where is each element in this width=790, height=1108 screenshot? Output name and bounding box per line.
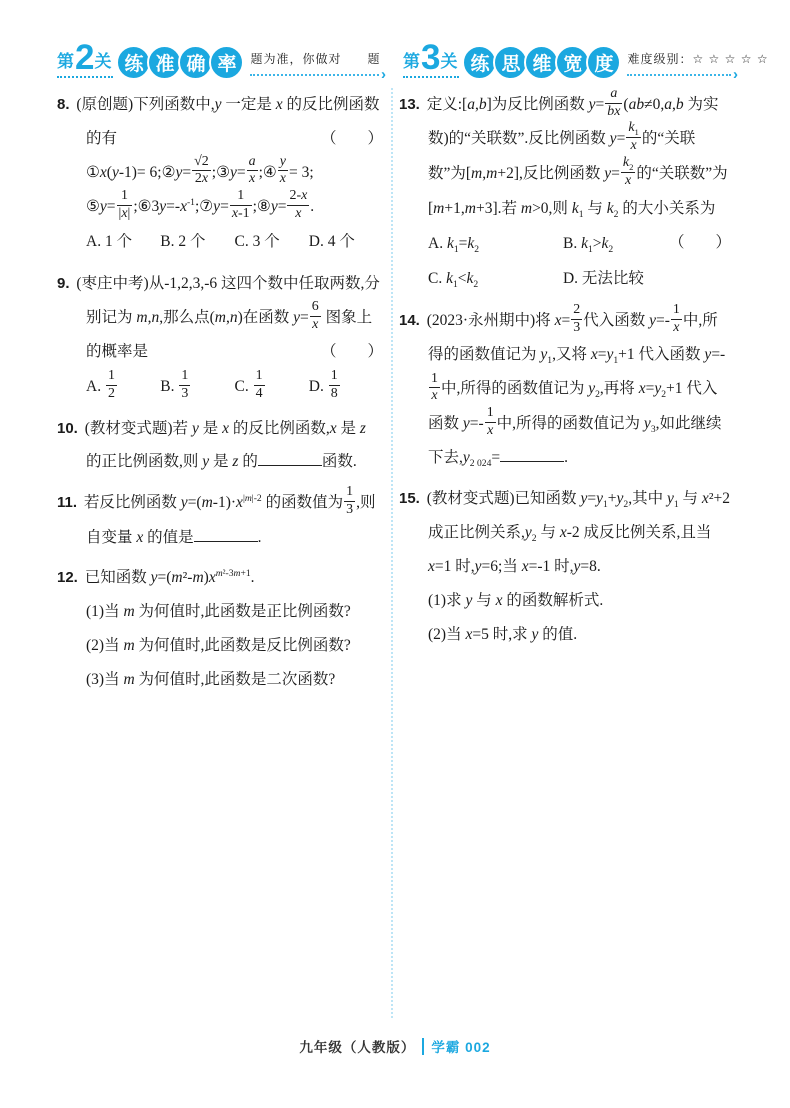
i-inline: y	[574, 558, 581, 575]
i-inline: y	[463, 415, 470, 432]
i-inline: x	[555, 312, 562, 329]
header-side: 题为准，你做对 题 ›	[250, 44, 385, 76]
badge-circle: 维	[524, 45, 559, 80]
i-inline: z	[360, 420, 366, 437]
option-D: D. 18	[309, 369, 383, 405]
fraction-denominator: x	[247, 170, 258, 187]
brand-page-number: 学霸 002	[431, 1036, 490, 1056]
i-inline: y	[230, 164, 237, 181]
problem-number: 8.	[57, 96, 70, 113]
i-inline: y	[596, 490, 603, 507]
footer-divider	[422, 1038, 424, 1055]
i-inline: y	[181, 494, 188, 511]
i-inline: m	[471, 165, 482, 182]
header-title-circles: 练思维宽度	[466, 45, 621, 80]
round-prefix: 第	[57, 51, 74, 72]
sub-inline: 1	[579, 209, 584, 220]
i-inline: y	[531, 626, 538, 643]
i-inline: y	[704, 346, 711, 363]
fraction: yx	[278, 154, 288, 188]
round-3-badge: 第 3 关	[403, 44, 459, 78]
i-inline: x	[236, 494, 243, 511]
option-C: C. 14	[235, 369, 309, 405]
i-inline: x	[232, 206, 238, 221]
fraction: 1x	[485, 405, 496, 439]
i-inline: m	[215, 309, 226, 326]
fraction-denominator: x	[287, 205, 309, 222]
i-inline: m	[123, 671, 134, 688]
round-suffix: 关	[440, 51, 457, 72]
header-slogan-text: 题为准，你做对 题	[250, 50, 385, 67]
fraction-numerator: a	[605, 86, 622, 102]
i-inline: a	[664, 96, 672, 113]
column-divider	[391, 88, 393, 1018]
sub-inline: 1	[454, 244, 459, 255]
i-inline: m	[171, 569, 182, 586]
i-inline: a	[249, 154, 256, 169]
option-C: C. k1<k2	[428, 261, 563, 297]
fraction-denominator: x	[278, 170, 288, 187]
fraction-denominator: 3	[344, 501, 355, 518]
answer-options: A. 12B. 13C. 14D. 18	[86, 369, 383, 405]
i-inline: y	[159, 198, 166, 215]
problem-number: 10.	[57, 420, 78, 437]
i-inline: k	[572, 200, 579, 217]
badge-circle: 思	[493, 45, 528, 80]
arrow-icon: ›	[733, 66, 738, 83]
difficulty-rating-text: 难度级别：☆ ☆ ☆ ☆ ☆	[627, 50, 737, 67]
i-inline: k	[447, 235, 454, 252]
fraction-denominator: x	[621, 172, 636, 189]
fraction: 1x	[429, 371, 440, 405]
i-inline: y	[100, 198, 107, 215]
i-inline: y	[293, 309, 300, 326]
i-inline: x	[121, 206, 127, 221]
sub-inline: 1	[603, 499, 608, 510]
badge-circle: 准	[147, 45, 182, 80]
round-2-badge: 第 2 关	[57, 44, 113, 78]
option-D: D. 4 个	[309, 224, 383, 260]
option-A: A. 1 个	[86, 224, 160, 260]
sub-inline: 2	[608, 244, 613, 255]
sub-inline: 2	[473, 279, 478, 290]
fraction-denominator: |x|	[117, 205, 133, 222]
fraction-denominator: x	[485, 422, 496, 439]
i-inline: m	[465, 200, 476, 217]
fraction: √22x	[192, 154, 211, 188]
sub-inline: 3	[651, 424, 656, 435]
i-inline: y	[667, 490, 674, 507]
i-inline: k	[581, 235, 588, 252]
header-round-3: 第 3 关 练思维宽度 难度级别：☆ ☆ ☆ ☆ ☆ ›	[403, 44, 737, 80]
option-A: A. 12	[86, 369, 160, 405]
i-inline: n	[230, 309, 238, 326]
fraction: 18	[329, 368, 340, 402]
problem-number: 11.	[57, 494, 77, 511]
fraction-denominator: 2x	[192, 170, 211, 187]
fraction: k1x	[626, 120, 641, 154]
fraction-denominator: 8	[329, 385, 340, 402]
header-title-circles: 练准确率	[120, 45, 244, 80]
i-inline: x	[276, 96, 283, 113]
i-inline: y	[213, 198, 220, 215]
fraction-denominator: 3	[179, 385, 190, 402]
i-inline: x	[591, 346, 598, 363]
problem-10: 10. (教材变式题)若 y 是 x 的反比例函数,x 是 z 的正比例函数,则…	[57, 412, 383, 480]
fraction-numerator: a	[247, 154, 258, 170]
i-inline: z	[232, 453, 238, 470]
content-columns: 8. (原创题)下列函数中,y 一定是 x 的反比例函数的有（ ）①x(y-1)…	[57, 88, 790, 1018]
option-B: B. 13	[160, 369, 234, 405]
i-inline: y	[644, 415, 651, 432]
answer-options: A. k1=k2B. k1>k2C. k1<k2D. 无法比较	[428, 226, 698, 297]
problem-number: 13.	[399, 96, 420, 113]
right-column: 13. 定义:[a,b]为反比例函数 y=abx(ab≠0,a,b 为实数)的“…	[399, 88, 731, 1018]
i-inline: x	[249, 171, 255, 186]
i-inline: m	[202, 494, 213, 511]
blank-underline	[194, 526, 258, 542]
fraction-numerator: 1	[485, 405, 496, 421]
i-inline: b	[479, 96, 487, 113]
badge-circle: 宽	[555, 45, 590, 80]
sub-inline: 1	[635, 127, 639, 137]
answer-parentheses: （ ）	[698, 226, 731, 260]
fraction-numerator: 1	[329, 368, 340, 384]
fraction-numerator: 1	[344, 484, 355, 500]
fraction-numerator: k1	[626, 120, 641, 137]
i-inline: m	[433, 200, 444, 217]
fraction-numerator: 1	[230, 188, 252, 204]
option-D: D. 无法比较	[563, 261, 698, 297]
problem-14: 14. (2023·永州期中)将 x=23代入函数 y=-1x中,所得的函数值记…	[399, 304, 731, 475]
i-inline: m	[123, 637, 134, 654]
i-inline: y	[525, 524, 532, 541]
i-inline: x	[330, 420, 337, 437]
sub-inline: 2	[629, 162, 633, 172]
fraction-numerator: 1	[254, 368, 265, 384]
header-round-2: 第 2 关 练准确率 题为准，你做对 题 ›	[57, 44, 385, 80]
fraction-numerator: y	[278, 154, 288, 170]
sub-inline: 2	[623, 499, 628, 510]
badge-circle: 练	[116, 45, 151, 80]
i-inline: x	[431, 388, 437, 403]
fraction: abx	[605, 86, 622, 120]
sub-inline: 2	[474, 244, 479, 255]
i-inline: y	[580, 490, 587, 507]
problem-11: 11. 若反比例函数 y=(m-1)·x|m|-2 的函数值为13,则自变量 x…	[57, 486, 383, 554]
i-inline: m	[245, 493, 252, 504]
i-inline: y	[112, 164, 119, 181]
i-inline: x	[522, 558, 529, 575]
problem-number: 12.	[57, 569, 78, 586]
i-inline: x	[295, 206, 301, 221]
i-inline: y	[610, 130, 617, 147]
option-A: A. k1=k2	[428, 226, 563, 262]
badge-circle: 率	[209, 45, 244, 80]
i-inline: x	[100, 164, 107, 181]
fraction-denominator: x	[310, 316, 321, 333]
fraction-denominator: bx	[605, 103, 622, 120]
fraction: 1|x|	[117, 188, 133, 222]
page-footer: 九年级（人教版） 学霸 002	[0, 1036, 790, 1056]
answer-options: A. 1 个B. 2 个C. 3 个D. 4 个	[86, 224, 383, 260]
dotted-line: ›	[250, 74, 379, 76]
i-inline: k	[446, 270, 453, 287]
fraction-numerator: 1	[117, 188, 133, 204]
i-inline: y	[151, 569, 158, 586]
fraction: 1x-1	[230, 188, 252, 222]
i-inline: x	[202, 171, 208, 186]
i-inline: x	[428, 558, 435, 575]
i-inline: y	[475, 558, 482, 575]
option-B: B. k1>k2	[563, 226, 698, 262]
option-B: B. 2 个	[160, 224, 234, 260]
fraction: ax	[247, 154, 258, 188]
left-problem-list: 8. (原创题)下列函数中,y 一定是 x 的反比例函数的有（ ）①x(y-1)…	[57, 88, 383, 696]
i-inline: x	[560, 524, 567, 541]
right-problem-list: 13. 定义:[a,b]为反比例函数 y=abx(ab≠0,a,b 为实数)的“…	[399, 88, 731, 652]
i-inline: x	[180, 198, 187, 215]
i-inline: x	[487, 423, 493, 438]
i-inline: x	[280, 171, 286, 186]
i-inline: m	[521, 200, 532, 217]
i-inline: m	[192, 569, 203, 586]
i-inline: a	[467, 96, 475, 113]
fraction-numerator: 1	[429, 371, 440, 387]
page-headers: 第 2 关 练准确率 题为准，你做对 题 › 第 3 关 练思维宽度 难度级别：…	[0, 0, 790, 80]
left-column: 8. (原创题)下列函数中,y 一定是 x 的反比例函数的有（ ）①x(y-1)…	[57, 88, 387, 1018]
fraction-numerator: 2-x	[287, 188, 309, 204]
dotted-line: ›	[627, 74, 731, 76]
fraction: 2-xx	[287, 188, 309, 222]
problem-9: 9. (枣庄中考)从-1,2,3,-6 这四个数中任取两数,分别记为 m,n,那…	[57, 267, 383, 405]
blank-underline	[500, 447, 564, 463]
i-inline: ab	[629, 96, 645, 113]
i-inline: y	[192, 420, 199, 437]
i-inline: x	[136, 529, 143, 546]
sub-inline: 1	[453, 279, 458, 290]
problem-number: 14.	[399, 312, 420, 329]
i-inline: x	[630, 138, 636, 153]
i-inline: x	[301, 188, 307, 203]
i-inline: y	[271, 198, 278, 215]
sup-inline: m²-3m+1	[216, 568, 251, 579]
arrow-icon: ›	[381, 66, 386, 83]
i-inline: y	[176, 164, 183, 181]
fraction: 14	[254, 368, 265, 402]
fraction-denominator: 3	[571, 319, 582, 336]
sub-inline: 1	[588, 244, 593, 255]
fraction-denominator: x	[429, 387, 440, 404]
i-inline: y	[202, 453, 209, 470]
i-inline: y	[649, 312, 656, 329]
header-side: 难度级别：☆ ☆ ☆ ☆ ☆ ›	[627, 44, 737, 76]
fraction: 6x	[310, 299, 321, 333]
i-inline: x	[673, 320, 679, 335]
fraction-numerator: 1	[179, 368, 190, 384]
round-number: 2	[75, 44, 93, 73]
sub-inline: 2	[595, 390, 600, 401]
sub-inline: 2	[661, 390, 666, 401]
i-inline: k	[607, 200, 614, 217]
i-inline: x	[465, 626, 472, 643]
sub-inline: 2 024	[470, 458, 492, 469]
answer-parentheses: （ ）	[350, 335, 383, 369]
fraction-numerator: 1	[106, 368, 117, 384]
fraction-numerator: √2	[192, 154, 211, 170]
sub-inline: 2	[532, 533, 537, 544]
problem-15: 15. (教材变式题)已知函数 y=y1+y2,其中 y1 与 x²+2 成正比…	[399, 482, 731, 651]
round-suffix: 关	[94, 51, 111, 72]
fraction: 12	[106, 368, 117, 402]
fraction-denominator: x-1	[230, 205, 252, 222]
i-inline: x	[496, 592, 503, 609]
i-inline: y	[280, 154, 286, 169]
fraction-numerator: 2	[571, 302, 582, 318]
fraction: 13	[344, 484, 355, 518]
i-inline: y	[604, 165, 611, 182]
fraction: 13	[179, 368, 190, 402]
i-inline: x	[639, 380, 646, 397]
i-inline: m	[123, 603, 134, 620]
round-number: 3	[421, 44, 439, 73]
i-inline: m	[486, 165, 497, 182]
i-inline: bx	[607, 104, 620, 119]
problem-number: 9.	[57, 275, 70, 292]
i-inline: n	[151, 309, 159, 326]
fraction: 1x	[671, 302, 682, 336]
fraction-numerator: k2	[621, 155, 636, 172]
problem-number: 15.	[399, 490, 420, 507]
workbook-page: 第 2 关 练准确率 题为准，你做对 题 › 第 3 关 练思维宽度 难度级别：…	[0, 0, 790, 1108]
badge-circle: 确	[178, 45, 213, 80]
option-C: C. 3 个	[235, 224, 309, 260]
i-inline: x	[312, 317, 318, 332]
i-inline: y	[215, 96, 222, 113]
sup-inline: -1	[187, 197, 195, 208]
i-inline: a	[610, 86, 617, 101]
i-inline: m	[136, 309, 147, 326]
i-inline: m	[216, 568, 223, 579]
fraction-denominator: 4	[254, 385, 265, 402]
round-prefix: 第	[403, 51, 420, 72]
blank-underline	[258, 451, 322, 467]
badge-circle: 度	[586, 45, 621, 80]
i-inline: x	[702, 490, 709, 507]
i-inline: y	[465, 592, 472, 609]
sub-inline: 2	[614, 209, 619, 220]
fraction-numerator: 1	[671, 302, 682, 318]
i-inline: y	[589, 96, 596, 113]
fraction-denominator: x	[626, 137, 641, 154]
problem-12: 12. 已知函数 y=(m²-m)xm²-3m+1.(1)当 m 为何值时,此函…	[57, 561, 383, 696]
sup-inline: |m|-2	[243, 493, 262, 504]
i-inline: x	[222, 420, 229, 437]
fraction-denominator: 2	[106, 385, 117, 402]
fraction: 23	[571, 302, 582, 336]
answer-parentheses: （ ）	[350, 122, 383, 156]
sub-inline: 1	[547, 356, 552, 367]
problem-8: 8. (原创题)下列函数中,y 一定是 x 的反比例函数的有（ ）①x(y-1)…	[57, 88, 383, 260]
problem-13: 13. 定义:[a,b]为反比例函数 y=abx(ab≠0,a,b 为实数)的“…	[399, 88, 731, 297]
sub-inline: 1	[674, 499, 679, 510]
i-inline: b	[676, 96, 684, 113]
sub-inline: 1	[613, 356, 618, 367]
grade-edition-label: 九年级（人教版）	[299, 1036, 415, 1056]
fraction: k2x	[621, 155, 636, 189]
i-inline: x	[209, 569, 216, 586]
i-inline: x	[625, 173, 631, 188]
i-inline: m	[234, 568, 241, 579]
fraction-denominator: x	[671, 319, 682, 336]
badge-circle: 练	[462, 45, 497, 80]
fraction-numerator: 6	[310, 299, 321, 315]
i-inline: y	[463, 449, 470, 466]
